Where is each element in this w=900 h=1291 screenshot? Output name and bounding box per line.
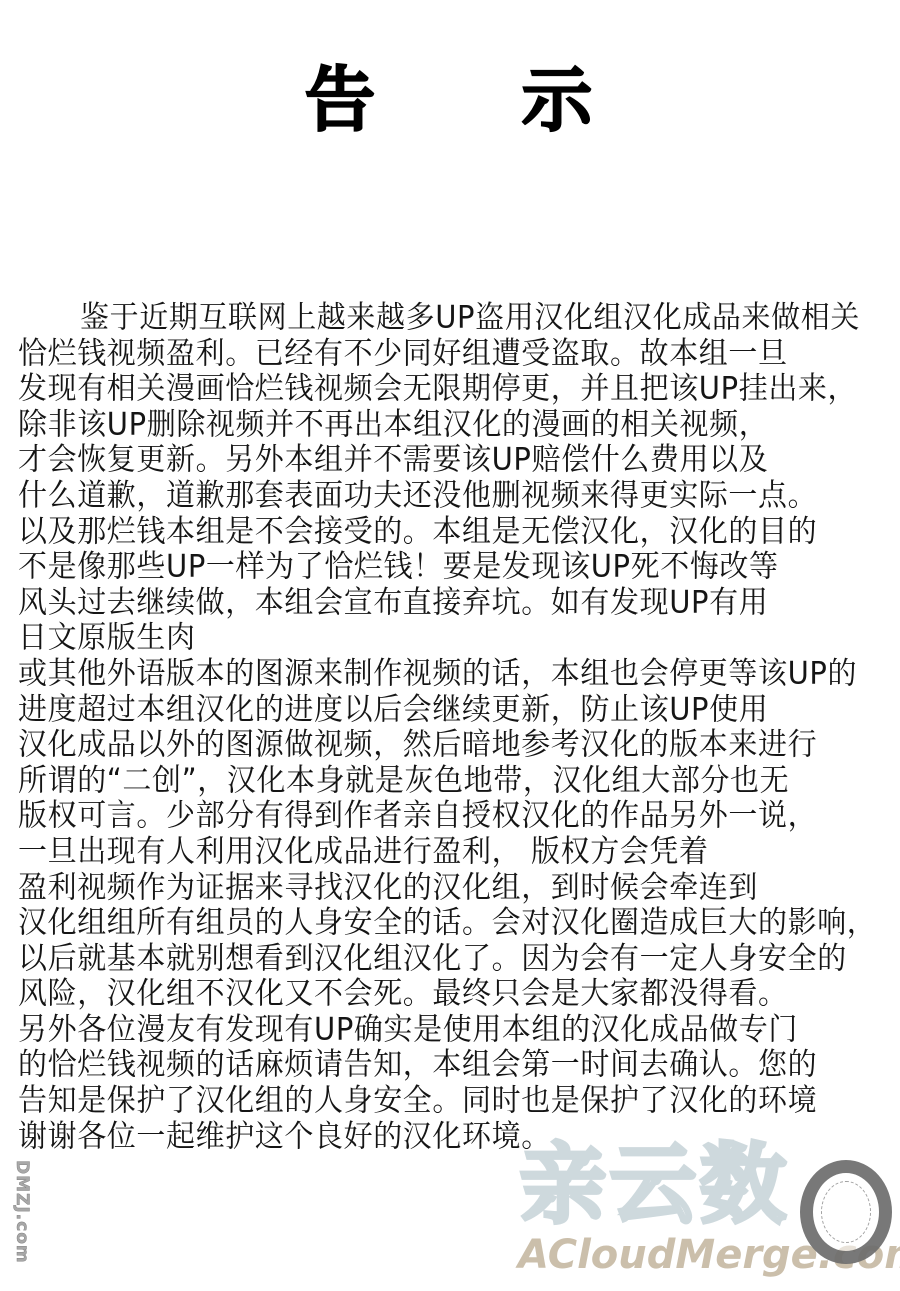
stamp-logo-icon <box>800 1160 892 1264</box>
title-char-1: 告 <box>305 58 375 142</box>
body-line: 才会恢复更新。另外本组并不需要该UP赔偿什么费用以及 <box>18 441 898 479</box>
brand-watermark-chinese: 亲云数 <box>520 1135 790 1235</box>
body-line: 以及那烂钱本组是不会接受的。本组是无偿汉化，汉化的目的 <box>18 512 898 550</box>
body-line: 日文原版生肉 <box>18 619 898 657</box>
body-line: 盈利视频作为证据来寻找汉化的汉化组，到时候会牵连到 <box>18 868 898 906</box>
body-line: 风头过去继续做，本组会宣布直接弃坑。如有发现UP有用 <box>18 584 898 622</box>
body-line: 恰烂钱视频盈利。已经有不少同好组遭受盗取。故本组一旦 <box>18 335 898 373</box>
body-line: 所谓的“二创”，汉化本身就是灰色地带，汉化组大部分也无 <box>18 762 898 800</box>
body-line: 以后就基本就别想看到汉化组汉化了。因为会有一定人身安全的 <box>18 940 898 978</box>
body-line: 风险，汉化组不汉化又不会死。最终只会是大家都没得看。 <box>18 975 898 1013</box>
body-line: 除非该UP删除视频并不再出本组汉化的漫画的相关视频， <box>18 406 898 444</box>
body-line: 或其他外语版本的图源来制作视频的话，本组也会停更等该UP的 <box>18 655 898 693</box>
notice-body: 鉴于近期互联网上越来越多UP盗用汉化组汉化成品来做相关 恰烂钱视频盈利。已经有不… <box>18 300 898 1154</box>
body-line: 发现有相关漫画恰烂钱视频会无限期停更，并且把该UP挂出来， <box>18 370 898 408</box>
body-line: 鉴于近期互联网上越来越多UP盗用汉化组汉化成品来做相关 <box>18 299 898 337</box>
title-char-2: 示 <box>522 58 592 142</box>
body-line: 什么道歉，道歉那套表面功夫还没他删视频来得更实际一点。 <box>18 477 898 515</box>
body-line: 进度超过本组汉化的进度以后会继续更新，防止该UP使用 <box>18 690 898 728</box>
body-line: 告知是保护了汉化组的人身安全。同时也是保护了汉化的环境 <box>18 1082 898 1120</box>
body-line: 版权可言。少部分有得到作者亲自授权汉化的作品另外一说， <box>18 797 898 835</box>
body-line: 另外各位漫友有发现有UP确实是使用本组的汉化成品做专门 <box>18 1011 898 1049</box>
stamp-inner-ring <box>821 1181 871 1243</box>
body-line: 汉化组组所有组员的人身安全的话。会对汉化圈造成巨大的影响， <box>18 904 898 942</box>
body-line: 汉化成品以外的图源做视频，然后暗地参考汉化的版本来进行 <box>18 726 898 764</box>
body-line: 一旦出现有人利用汉化成品进行盈利， 版权方会凭着 <box>18 833 898 871</box>
body-line: 的恰烂钱视频的话麻烦请告知，本组会第一时间去确认。您的 <box>18 1046 898 1084</box>
site-watermark-left: DMZJ.com <box>12 1160 34 1285</box>
site-watermark-text: DMZJ.com <box>12 1160 32 1264</box>
notice-title: 告 示 <box>0 58 900 142</box>
body-line: 不是像那些UP一样为了恰烂钱！要是发现该UP死不悔改等 <box>18 548 898 586</box>
